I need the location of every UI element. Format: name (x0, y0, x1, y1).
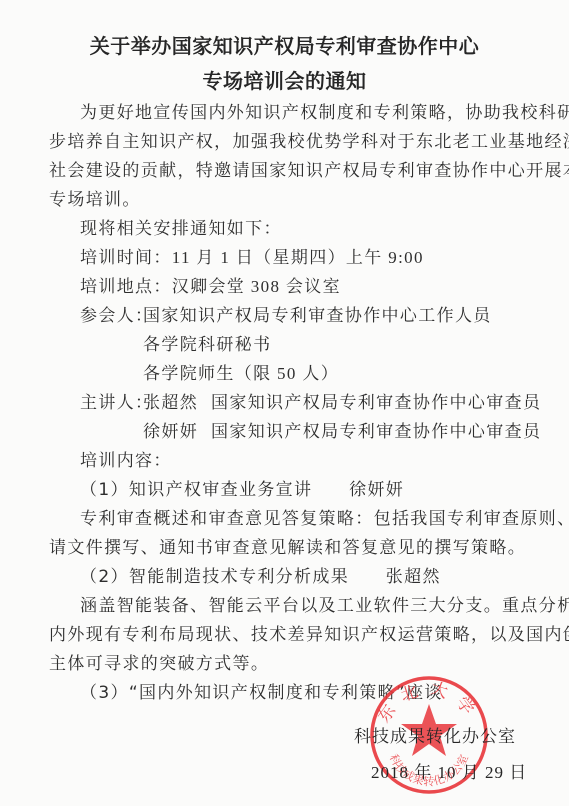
notice-document: 关于举办国家知识产权局专利审查协作中心 专场培训会的通知 为更好地宣传国内外知识… (0, 0, 569, 806)
content-item-2-body-2: 内外现有专利布局现状、技术差异知识产权运营策略，以及国内创新 (49, 624, 569, 646)
document-title-line1: 关于举办国家知识产权局专利审查协作中心 (0, 30, 569, 59)
training-time: 培训时间：11 月 1 日（星期四）上午 9:00 (80, 247, 424, 269)
intro-line-3: 社会建设的贡献，特邀请国家知识产权局专利审查协作中心开展本次 (49, 160, 569, 182)
content-item-1-heading: （1）知识产权审查业务宣讲 徐妍妍 (80, 479, 404, 501)
training-place: 培训地点：汉卿会堂 308 会议室 (80, 276, 341, 298)
signature-date: 2018 年 10 月 29 日 (371, 758, 527, 783)
speaker-2-title: 国家知识产权局专利审查协作中心审查员 (211, 421, 541, 443)
document-title-line2: 专场培训会的通知 (0, 65, 569, 94)
arrangement-lead: 现将相关安排通知如下： (80, 218, 282, 240)
intro-line-2: 步培养自主知识产权，加强我校优势学科对于东北老工业基地经济及 (49, 131, 569, 153)
content-item-1-body-1: 专利审查概述和审查意见答复策略：包括我国专利审查原则、申 (80, 508, 569, 530)
attendee-3: 各学院师生（限 50 人） (143, 363, 339, 385)
content-item-2-body-1: 涵盖智能装备、智能云平台以及工业软件三大分支。重点分析国 (80, 595, 569, 617)
content-label: 培训内容： (80, 450, 172, 472)
content-item-2-body-3: 主体可寻求的突破方式等。 (49, 653, 269, 675)
intro-line-4: 专场培训。 (49, 189, 141, 211)
attendee-2: 各学院科研秘书 (143, 334, 271, 356)
speaker-2-name: 徐妍妍 (143, 421, 198, 443)
intro-line-1: 为更好地宣传国内外知识产权制度和专利策略，协助我校科研逐 (80, 102, 569, 124)
signature-office: 科技成果转化办公室 (354, 722, 516, 747)
content-item-1-body-2: 请文件撰写、通知书审查意见解读和答复意见的撰写策略。 (49, 537, 526, 559)
content-item-2-heading: （2）智能制造技术专利分析成果 张超然 (80, 566, 441, 588)
speaker-1-title: 国家知识产权局专利审查协作中心审查员 (211, 392, 541, 414)
speaker-1-name: 张超然 (143, 392, 198, 414)
attendee-1: 国家知识产权局专利审查协作中心工作人员 (143, 305, 492, 327)
